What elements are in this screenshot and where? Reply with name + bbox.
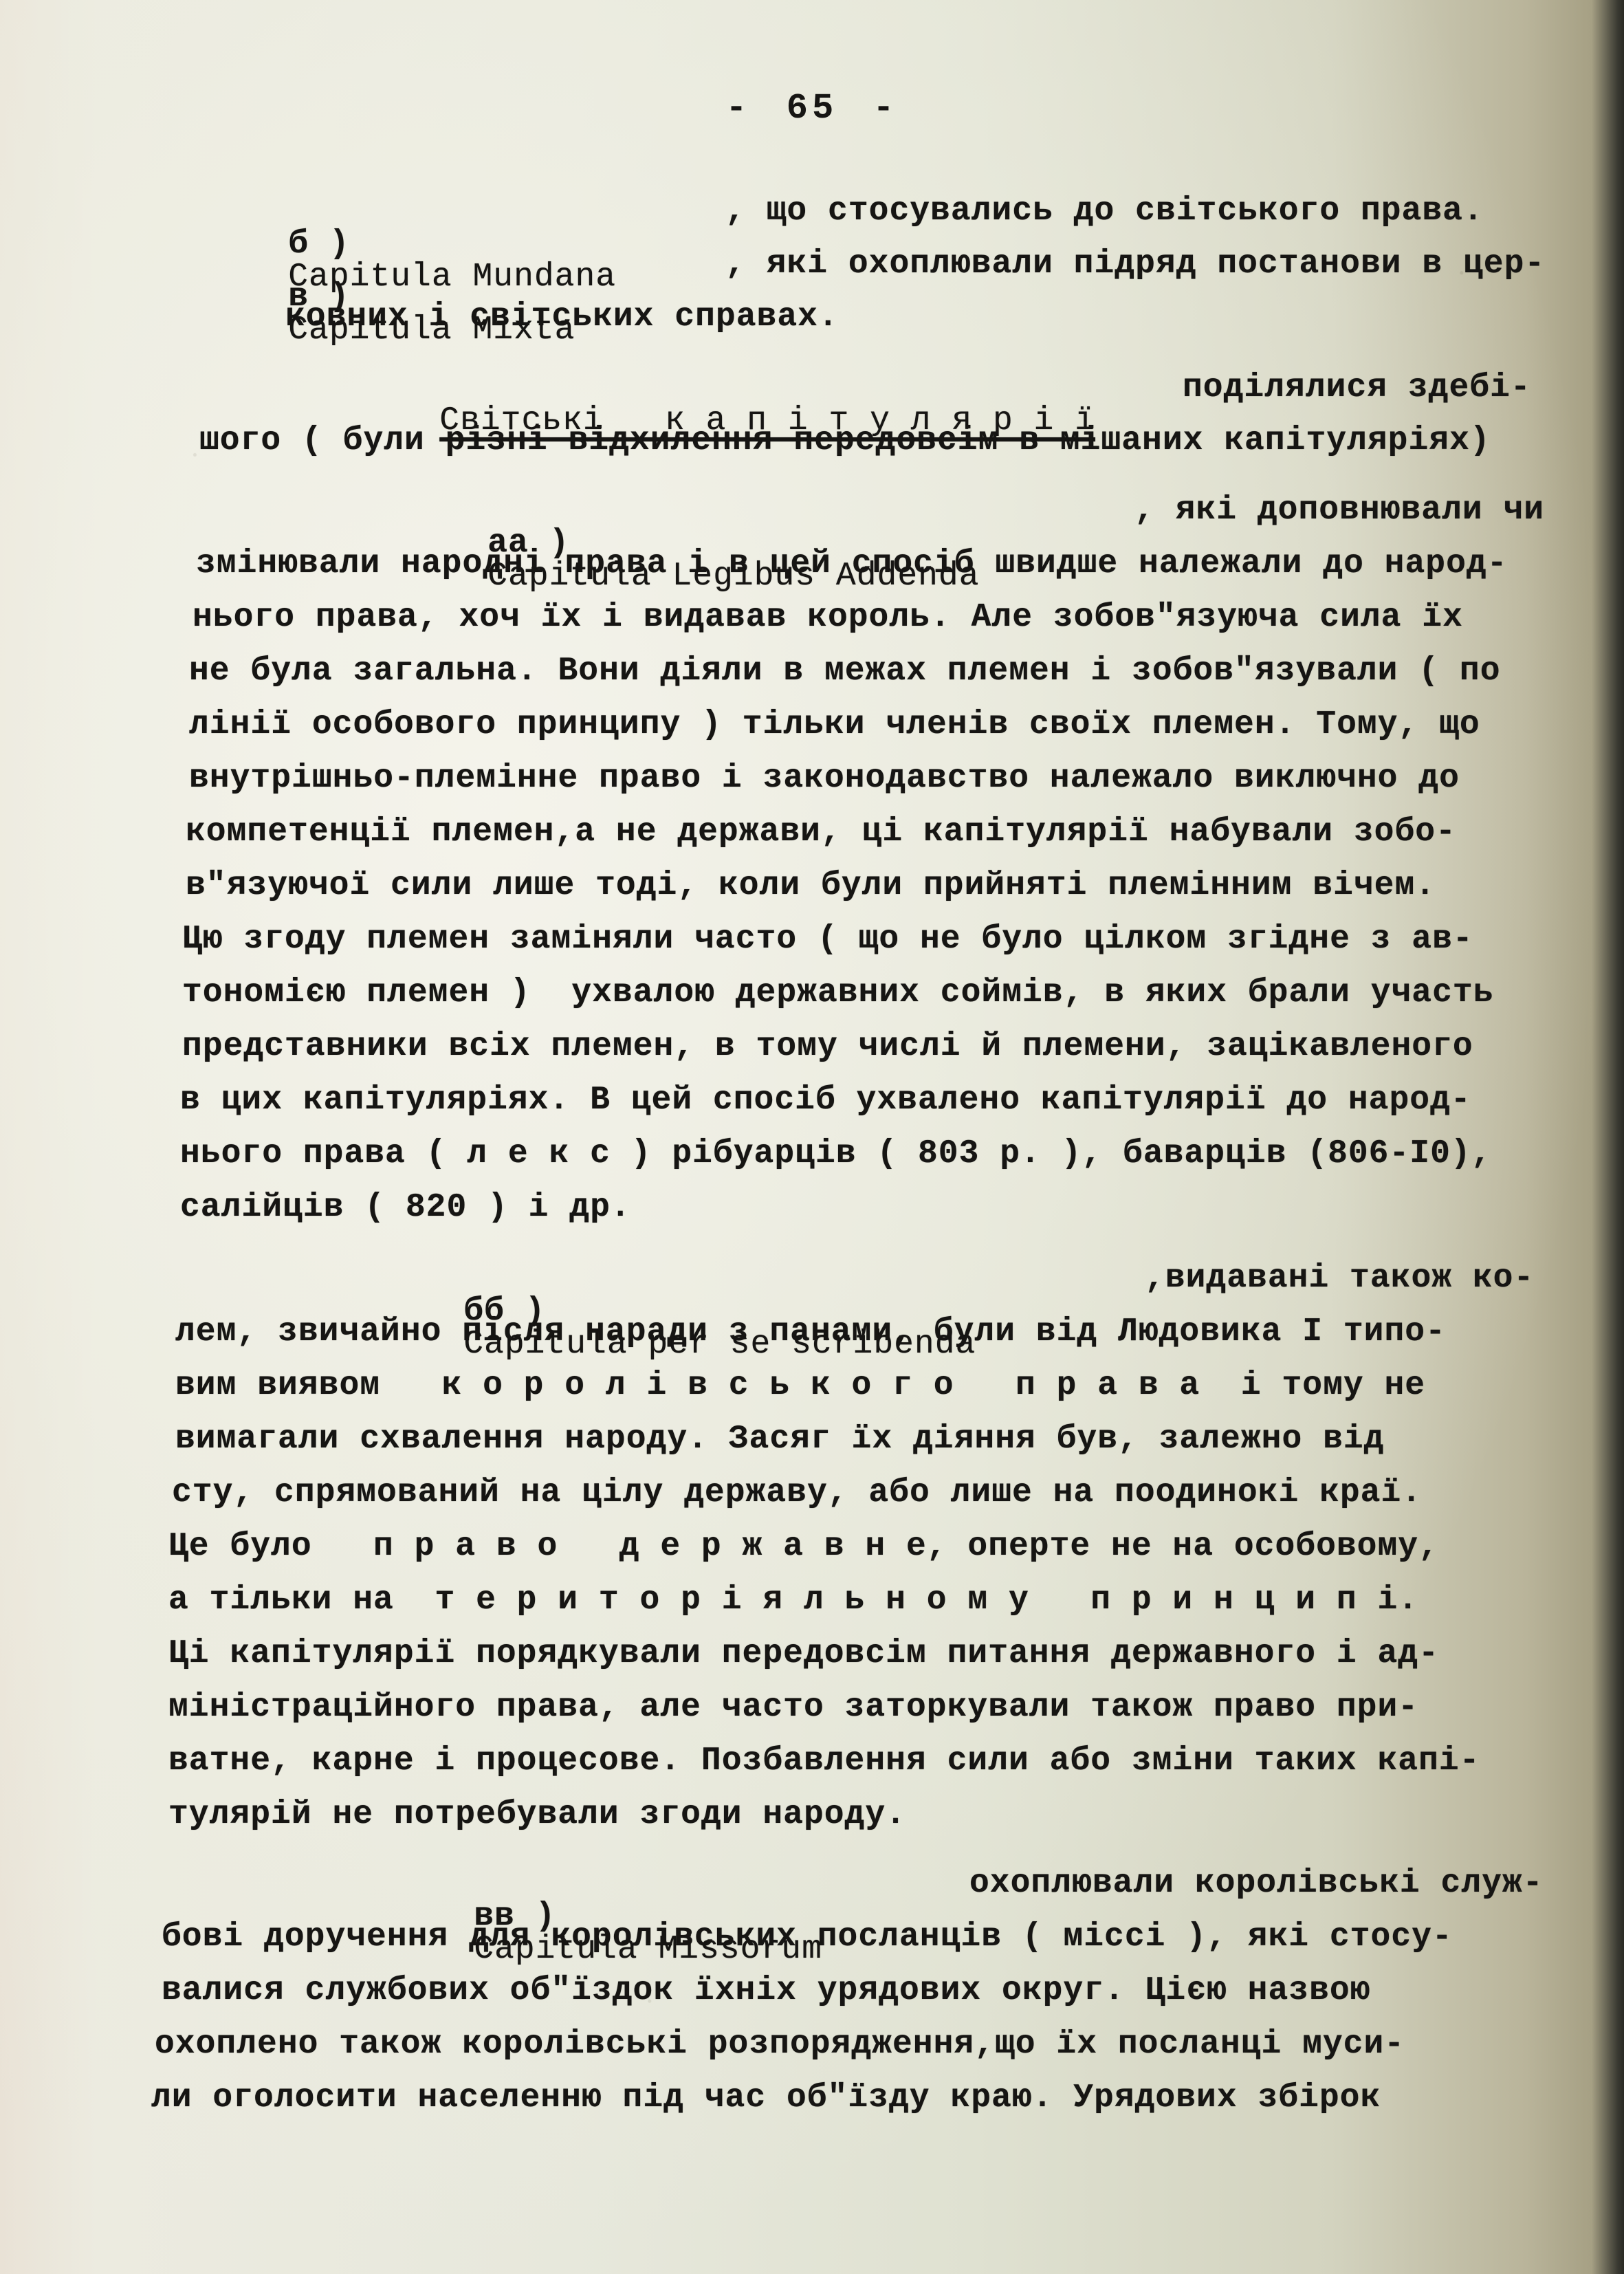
page-number: - 65 - <box>0 88 1624 129</box>
paragraph-aa-line: тономією племен ) ухвалою державних сойм… <box>182 976 1494 1009</box>
intro-line-2: шого ( були різні відхилення передовсім … <box>199 424 1491 457</box>
paragraph-bb-line: тулярій не потребували згоди народу. <box>168 1798 906 1831</box>
paragraph-aa-line: нього права, хоч їх і видавав король. Ал… <box>193 601 1463 634</box>
paragraph-aa-line: представники всіх племен, в тому числі й… <box>182 1030 1473 1063</box>
paragraph-bb-line: Це було п р а в о д е р ж а в н е, оперт… <box>168 1530 1439 1563</box>
typewritten-page: - 65 - б ) Capitula Mundana , що стосува… <box>0 0 1624 2274</box>
paragraph-aa-line: компетенції племен,а не держави, ці капі… <box>186 816 1456 849</box>
paragraph-bb-line: ,видавані також ко- <box>1145 1262 1534 1295</box>
intro-line-1: поділялися здебі- <box>1183 371 1531 404</box>
paragraph-vv-line: валися службових об"їздок їхніх урядових… <box>162 1974 1370 2007</box>
paragraph-aa-line: в цих капітуляріях. В цей спосіб ухвален… <box>180 1084 1471 1117</box>
paragraph-aa-line: в"язуючої сили лише тоді, коли були прий… <box>186 869 1436 902</box>
paragraph-aa-line: , які доповнювали чи <box>1134 494 1544 527</box>
paragraph-aa-line: Цю згоду племен заміняли часто ( що не б… <box>182 923 1473 956</box>
paragraph-aa-line: салійців ( 820 ) і др. <box>180 1191 631 1224</box>
paragraph-vv-line: охоплювали королівські служ- <box>969 1867 1544 1900</box>
paragraph-aa-line: не була загальна. Вони діяли в межах пле… <box>189 655 1501 688</box>
paragraph-vv-line: бові доручення для королівських посланці… <box>162 1921 1453 1954</box>
paragraph-aa-line: внутрішньо-племінне право і законодавств… <box>189 762 1460 795</box>
paragraph-bb-line: міністраційного права, але часто заторку… <box>168 1691 1418 1724</box>
paragraph-aa-line: нього права ( л е к с ) рібуарців ( 803 … <box>180 1137 1492 1170</box>
paragraph-bb-line: сту, спрямований на цілу державу, або ли… <box>172 1476 1422 1509</box>
list-item-b-text: , що стосувались до світського права. <box>725 195 1484 228</box>
paragraph-bb-line: вимагали схвалення народу. Засяг їх діян… <box>175 1423 1384 1456</box>
paragraph-bb-line: ватне, карне і процесове. Позбавлення си… <box>168 1745 1480 1778</box>
paragraph-bb-line: вим виявом к о р о л і в с ь к о г о п р… <box>175 1369 1425 1402</box>
paragraph-bb-line: Ці капітулярії порядкували передовсім пи… <box>168 1637 1439 1670</box>
paragraph-aa-line: лінії особового принципу ) тільки членів… <box>189 708 1480 741</box>
paragraph-aa-line: змінювали народні права і в цей спосіб ш… <box>196 547 1508 580</box>
paragraph-bb-line: лем, звичайно після наради з панами, бул… <box>175 1315 1446 1348</box>
paragraph-bb-line: а тільки на т е р и т о р і я л ь н о м … <box>168 1584 1418 1617</box>
list-item-v-text: , які охоплювали підряд постанови в цер- <box>725 248 1545 281</box>
list-continuation: ковних і світських справах. <box>285 300 839 334</box>
paragraph-vv-line: охоплено також королівські розпорядження… <box>155 2028 1405 2061</box>
paragraph-vv-line: ли оголосити населенню під час об"їзду к… <box>151 2081 1381 2114</box>
